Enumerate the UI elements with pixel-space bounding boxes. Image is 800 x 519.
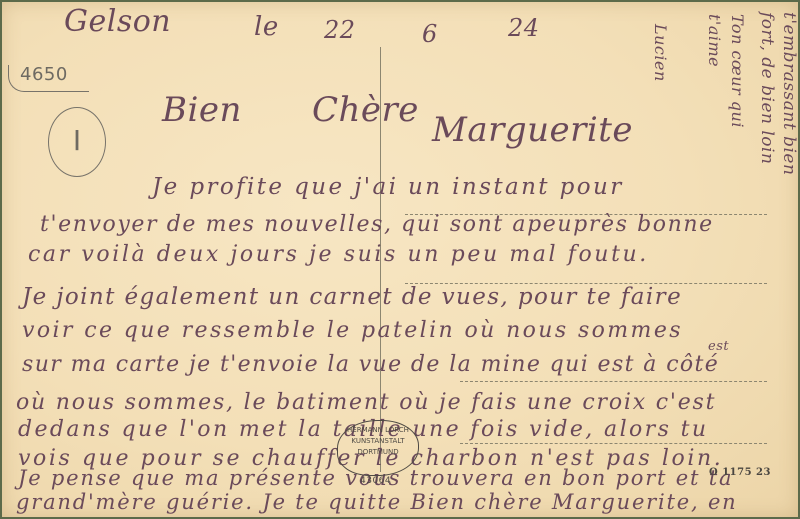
body-line-3: car voilà deux jours je suis un peu mal … [28,242,649,267]
body-line-7: où nous sommes, le batiment où je fais u… [16,390,716,415]
body-line-2: t'envoyer de mes nouvelles, qui sont ape… [40,212,714,237]
archive-number-underline [8,65,89,92]
salutation-name: Marguerite [432,110,633,150]
address-line-4 [460,443,767,444]
roman-numeral: I [49,124,105,157]
margin-line-5: Lucien [651,24,670,82]
date-year: 24 [508,14,540,42]
margin-line-4: t'aime [705,14,724,67]
printed-card-code: O 1175 23 [709,467,771,478]
salutation-chere: Chère [312,90,419,130]
body-line-11: grand'mère guérie. Je te quitte Bien chè… [16,490,738,514]
publisher-stamp: HERMANN LORCH KUNSTANSTALT DORTMUND [337,420,419,476]
date-month: 6 [422,20,438,48]
stamp-line-1: HERMANN LORCH [338,425,418,436]
stamp-line-3: DORTMUND [338,447,418,458]
stamp-number: 43064 [360,476,391,486]
salutation-bien: Bien [162,90,242,130]
date-day: 22 [324,16,356,44]
margin-line-2: fort, de bien loin [757,12,777,164]
postcard: Gelson le 22 6 24 4650 I Bien Chère Marg… [2,2,798,517]
body-line-6: sur ma carte je t'envoie la vue de la mi… [22,352,719,377]
body-line-1: Je profite que j'ai un instant pour [152,174,624,200]
body-line-4: Je joint également un carnet de vues, po… [22,284,682,310]
place-name: Gelson [64,4,171,39]
margin-line-1: t'embrassant bien [779,12,799,175]
roman-numeral-circle: I [48,107,106,177]
body-line-5: voir ce que ressemble le patelin où nous… [22,318,683,343]
margin-line-3: Ton cœur qui [728,14,747,128]
stamp-line-2: KUNSTANSTALT [338,436,418,447]
address-line-3 [460,381,767,382]
date-le: le [254,12,279,42]
